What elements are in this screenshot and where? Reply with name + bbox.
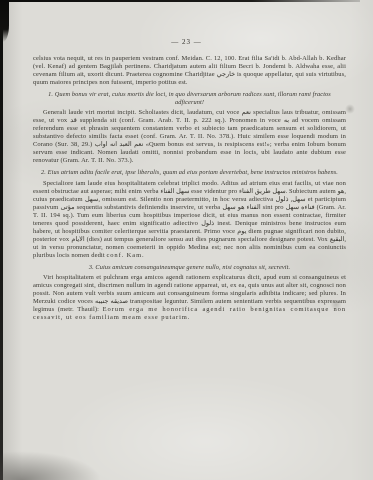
scan-edge-top <box>0 0 360 2</box>
section-heading-3: 3. Cuius amicum consanguineumque genere … <box>39 264 340 272</box>
paragraph-2-citation: conf. Kam. <box>106 252 144 259</box>
scanned-page: — 23 — celsius vota nequit, ut res in pa… <box>0 0 373 480</box>
text-block: celsius vota nequit, ut res in pauperiem… <box>33 55 346 324</box>
scan-shadow-bottom-left <box>0 434 120 480</box>
page-number: — 23 — <box>0 38 373 46</box>
section-heading-2: 2. Eius atrium aditu facile erat, ipse l… <box>39 169 340 177</box>
paragraph-intro: celsius vota nequit, ut res in pauperiem… <box>33 55 346 87</box>
paragraph-1: Generali laude viri mortui incipit. Scho… <box>33 109 346 165</box>
scan-edge-left <box>0 0 3 480</box>
section-heading-1: 1. Quem bonus vir erat, cuius mortis die… <box>39 91 340 106</box>
scan-corner-mark <box>0 0 9 42</box>
paragraph-3: Viri hospitalitatem et pulchram erga ami… <box>33 274 346 322</box>
paper-stain <box>345 104 355 114</box>
paragraph-2-main: Specialiore iam laude eius hospitalitate… <box>33 180 346 259</box>
paragraph-2: Specialiore iam laude eius hospitalitate… <box>33 180 346 260</box>
